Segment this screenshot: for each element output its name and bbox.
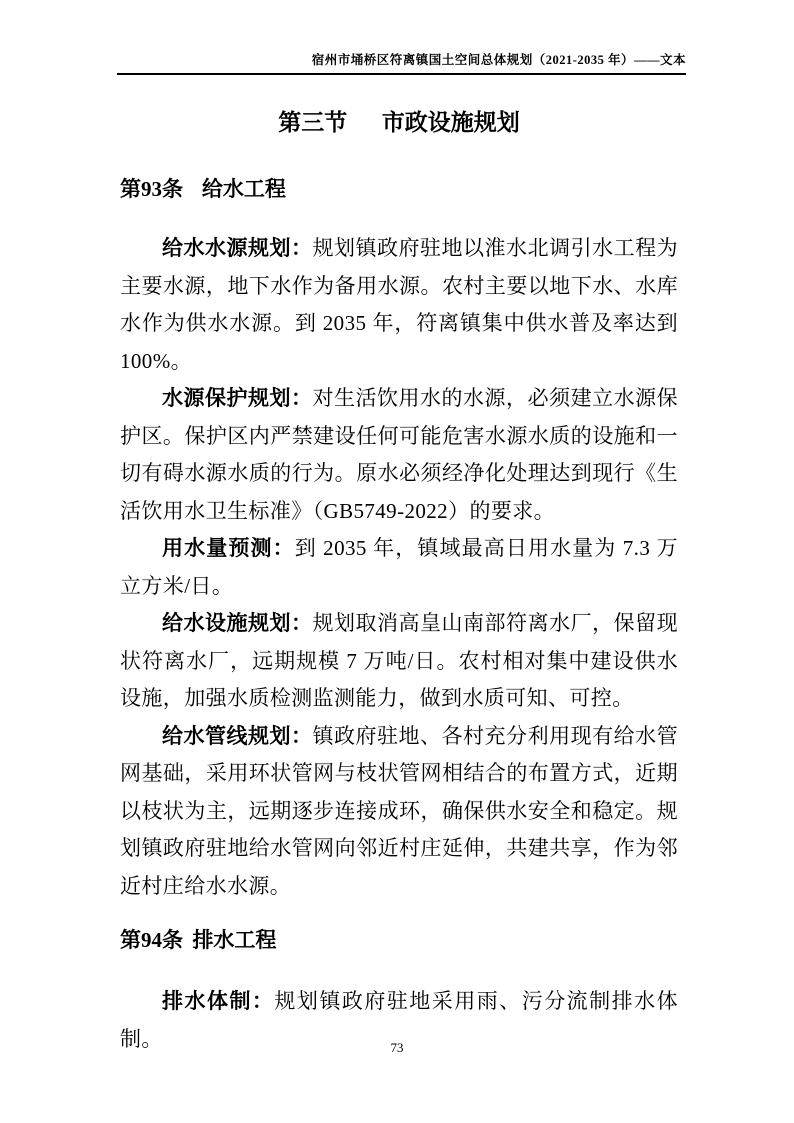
paragraph-water-source-plan: 给水水源规划：规划镇政府驻地以淮水北调引水工程为主要水源，地下水作为备用水源。农… [120, 230, 678, 380]
paragraph-water-demand-forecast: 用水量预测：到 2035 年，镇域最高日用水量为 7.3 万立方米/日。 [120, 530, 678, 605]
paragraph-text: 镇政府驻地、各村充分利用现有给水管网基础，采用环状管网与枝状管网相结合的布置方式… [120, 724, 678, 898]
article-94-title: 排水工程 [192, 928, 276, 952]
document-body: 第三节市政设施规划 第93条给水工程 给水水源规划：规划镇政府驻地以淮水北调引水… [120, 74, 678, 1058]
article-93: 第93条给水工程 给水水源规划：规划镇政府驻地以淮水北调引水工程为主要水源，地下… [120, 176, 678, 905]
paragraph-label: 水源保护规划： [162, 386, 313, 410]
article-94: 第94条排水工程 排水体制：规划镇政府驻地采用雨、污分流制排水体制。 [120, 927, 678, 1058]
page-header: 宿州市埇桥区符离镇国土空间总体规划（2021-2035 年）——文本 [117, 50, 686, 75]
paragraph-source-protection-plan: 水源保护规划：对生活饮用水的水源，必须建立水源保护区。保护区内严禁建设任何可能危… [120, 380, 678, 530]
article-94-heading: 第94条排水工程 [120, 927, 678, 953]
paragraph-label: 给水管线规划： [162, 724, 313, 748]
article-94-number: 第94条 [120, 928, 183, 952]
article-93-heading: 第93条给水工程 [120, 176, 678, 202]
paragraph-label: 给水设施规划： [162, 611, 313, 635]
header-title: 宿州市埇桥区符离镇国土空间总体规划（2021-2035 年）——文本 [312, 53, 686, 67]
paragraph-label: 用水量预测： [162, 536, 295, 560]
paragraph-water-pipeline-plan: 给水管线规划：镇政府驻地、各村充分利用现有给水管网基础，采用环状管网与枝状管网相… [120, 718, 678, 906]
section-number: 第三节 [278, 110, 347, 135]
document-page: 宿州市埇桥区符离镇国土空间总体规划（2021-2035 年）——文本 第三节市政… [0, 0, 794, 1123]
page-number: 73 [391, 1040, 404, 1055]
article-93-number: 第93条 [120, 177, 183, 201]
paragraph-label: 给水水源规划： [162, 236, 313, 260]
section-heading: 第三节市政设施规划 [120, 108, 678, 138]
section-title: 市政设施规划 [382, 110, 520, 135]
paragraph-label: 排水体制： [162, 989, 274, 1013]
article-93-title: 给水工程 [202, 177, 286, 201]
paragraph-water-facility-plan: 给水设施规划：规划取消高皇山南部符离水厂，保留现状符离水厂，远期规模 7 万吨/… [120, 605, 678, 718]
page-footer: 73 [0, 1040, 794, 1056]
